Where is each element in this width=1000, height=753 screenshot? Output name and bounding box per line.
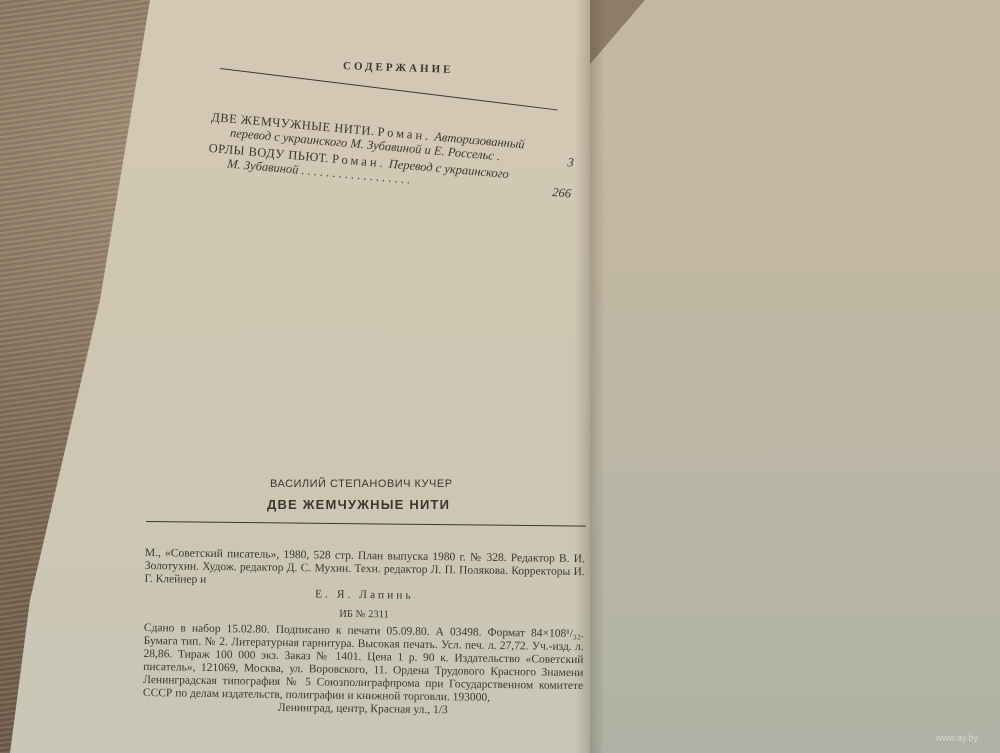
print-details: Сдано в набор 15.02.80. Подписано к печа…	[143, 622, 584, 706]
publisher-info: М., «Советский писатель», 1980, 528 стр.…	[144, 547, 585, 592]
watermark: www.ay.by	[936, 733, 978, 743]
right-page	[580, 0, 1000, 753]
toc-entry-page: 3	[567, 155, 574, 169]
author-name: ВАСИЛИЙ СТЕПАНОВИЧ КУЧЕР	[270, 478, 453, 490]
imprint-block: М., «Советский писатель», 1980, 528 стр.…	[143, 547, 585, 719]
book-title: ДВЕ ЖЕМЧУЖНЫЕ НИТИ	[267, 497, 450, 512]
ib-number: ИБ № 2311	[144, 605, 584, 624]
toc-entry-page: 266	[552, 185, 572, 201]
